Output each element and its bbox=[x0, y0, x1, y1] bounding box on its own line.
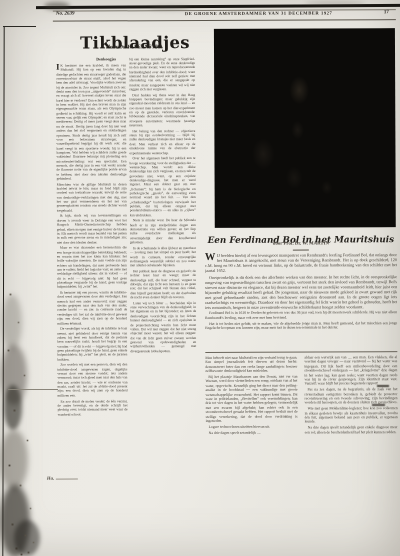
paragraph: Zoo worden wij met een persoon, dien wij… bbox=[57, 363, 127, 398]
paragraph: Men behoeft niet naar Multatuli en zijn … bbox=[205, 356, 297, 374]
article-tikblaadjes: Tikblaadjes door Dr. R. FEENSTRA Denkoog… bbox=[0, 0, 399, 1]
paragraph: In de scheikunde is alles ijkbaar en mee… bbox=[130, 246, 196, 268]
article-column-2: aldaar een wetvrijk aan van .... een man… bbox=[304, 355, 397, 456]
paragraph: Ik herinner mij een proces, waarin de in… bbox=[57, 290, 127, 325]
article-column-1: IK herinner me een krabbel, ik meen van … bbox=[56, 63, 128, 455]
paragraph: Na drie dagen speelt zetandelijk geen en… bbox=[305, 425, 398, 434]
paragraph: Maar er was daaronder een hersenschim di… bbox=[57, 246, 127, 290]
column-1-body: Misschien was de giftige Multatuli in de… bbox=[57, 182, 128, 417]
paragraph: Oorspronkelijk is dit doek een der aller… bbox=[205, 274, 397, 310]
page-number: 17 bbox=[384, 10, 389, 15]
lead-paragraph: IK herinner me een krabbel, ik meen van … bbox=[56, 63, 127, 181]
paragraph: En zoo draait de molen verder; de één ve… bbox=[58, 399, 128, 417]
paragraph: Daar hadden wij thans weer in den Haag k… bbox=[129, 93, 195, 128]
article-column-1: Men behoeft niet naar Multatuli en zijn … bbox=[205, 356, 297, 457]
paragraph: Logere technovlezen uitzitten hiervan ui… bbox=[206, 424, 298, 429]
paragraph: Niets is minder waar. De heer de Miranda… bbox=[130, 218, 196, 244]
intro-note: Ferdinand Bol is in 1616 te Dordrecht ge… bbox=[205, 310, 397, 330]
section-rule bbox=[205, 352, 397, 354]
paragraph: aldaar een wetvrijk aan van .... een man… bbox=[304, 355, 397, 386]
header-bottom-rule bbox=[53, 19, 396, 21]
lead-paragraph: WIJ beelden hierbij af een levensgroot m… bbox=[205, 252, 397, 273]
paragraph: Pas na zes dagen, na de begrafenis, als … bbox=[304, 387, 397, 405]
paragraph: Ferdinand Bol is in 1616 te Dordrecht ge… bbox=[205, 310, 397, 320]
paragraph: Laten wij toch bitter .... bescheiden zi… bbox=[130, 301, 196, 353]
paragraph: Over het algemeen heeft het publiek een … bbox=[129, 156, 195, 217]
paragraph: Het belang van den rechter — objectieve … bbox=[129, 129, 195, 155]
drop-cap: W bbox=[205, 253, 217, 262]
article-intro: WIJ beelden hierbij af een levensgroot m… bbox=[205, 252, 397, 350]
paragraph: bij een kleine aanraking” op onze Siegfr… bbox=[129, 57, 195, 92]
article-column-2: bij een kleine aanraking” op onze Siegfr… bbox=[129, 57, 197, 453]
intro-body: Oorspronkelijk is dit doek een der aller… bbox=[205, 274, 397, 310]
masthead-title: DE GROENE AMSTERDAMMER VAN 31 DECEMBER 1… bbox=[185, 10, 333, 16]
paragraph: Ik kijk, sinds wij van levensstellingen … bbox=[57, 214, 127, 245]
paragraph: Na drie dagen speelt zetandelijk .... bbox=[206, 430, 298, 435]
page-header: No. 2639 DE GROENE AMSTERDAMMER VAN 31 D… bbox=[0, 0, 399, 1]
article-kicker: Denkoogjes bbox=[56, 56, 126, 61]
paragraph: Bij het plaatsje Mauthausen aan den Dona… bbox=[205, 375, 297, 424]
paragraph: De verdediger wordt, als hij de inhibiti… bbox=[57, 327, 127, 362]
paragraph: Misschien was de giftige Multatuli in de… bbox=[57, 182, 127, 213]
paragraph: Wie niet geen Mokkenlinie-loglezer; hoe … bbox=[305, 406, 398, 424]
article-byline: door Dr. R. FEENSTRA bbox=[59, 43, 211, 50]
article-ferdinand-bol: Een Ferdinand Bol in het Mauritshuis doo… bbox=[0, 0, 399, 1]
newspaper-page: No. 2639 DE GROENE AMSTERDAMMER VAN 31 D… bbox=[0, 0, 400, 556]
painting-photo bbox=[214, 28, 396, 228]
paragraph: Het publiek leest de diagnose en gelooft… bbox=[130, 269, 196, 300]
byline-rule bbox=[293, 249, 309, 250]
paragraph: Het is tot heden niet gelukt, uit te mak… bbox=[205, 321, 397, 331]
article-signature: Hu. bbox=[47, 476, 78, 481]
issue-number: No. 2639 bbox=[56, 12, 75, 17]
article-byline: door Prof. Dr. W. MARTIN bbox=[204, 241, 398, 247]
